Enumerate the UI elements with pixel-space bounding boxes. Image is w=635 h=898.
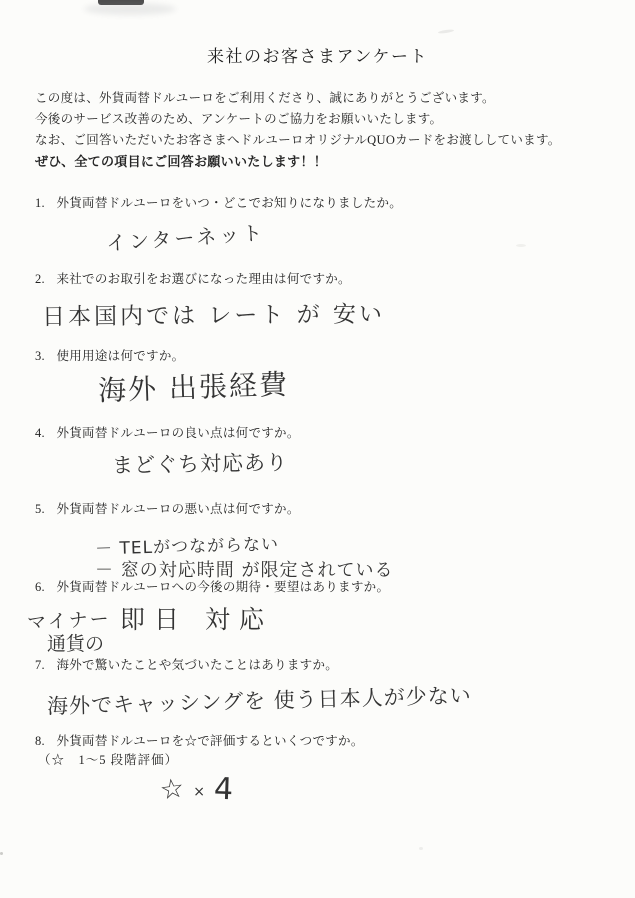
hand-drawn-star-icon: ☆ <box>158 772 186 806</box>
handwritten-answer-6-sameday: 即日 対応 <box>120 600 273 636</box>
question-7-number: 7. <box>35 659 53 672</box>
handwritten-answer-6-currency: 通貨の <box>47 629 104 656</box>
question-5-number: 5. <box>35 503 53 516</box>
question-3-text: 使用用途は何ですか。 <box>56 349 184 363</box>
intro-line-3: なお、ご回答いただいたお客さまへドルユーロオリジナルQUOカードをお渡ししていま… <box>35 134 595 147</box>
handwritten-answer-5-line-1: － TELがつながらない <box>95 530 280 560</box>
question-3-number: 3. <box>35 350 53 363</box>
handwritten-answer-3: 海外 出張経費 <box>97 363 289 410</box>
scanned-survey-page: 来社のお客さまアンケート この度は、外貨両替ドルユーロをご利用くださり、誠にあり… <box>0 0 635 898</box>
question-2-text: 来社でのお取引をお選びになった理由は何ですか。 <box>56 272 350 286</box>
intro-line-1: この度は、外貨両替ドルユーロをご利用くださり、誠にありがとうございます。 <box>35 92 595 105</box>
star-count: 4 <box>213 772 233 808</box>
question-8-note-text: （☆ 1～5 段階評価） <box>38 753 178 767</box>
scan-speck <box>438 29 454 34</box>
question-6: 6. 外貨両替ドルユーロへの今後の期待・要望はありますか。 <box>35 581 615 594</box>
question-6-text: 外貨両替ドルユーロへの今後の期待・要望はありますか。 <box>56 580 389 594</box>
scan-speck <box>516 244 526 247</box>
handwritten-answer-1: インターネット <box>105 216 266 256</box>
question-1: 1. 外貨両替ドルユーロをいつ・どこでお知りになりましたか。 <box>35 197 615 210</box>
handwritten-answer-7: 海外でキャッシングを 使う日本人が少ない <box>47 679 472 720</box>
handwritten-answer-5-line-2: － 窓の対応時間 が限定されている <box>95 556 393 582</box>
handwritten-answer-4: まどぐち対応あり <box>112 446 288 479</box>
question-4: 4. 外貨両替ドルユーロの良い点は何ですか。 <box>35 427 615 440</box>
multiply-sign: × <box>193 784 205 800</box>
question-8-number: 8. <box>35 735 53 748</box>
question-7: 7. 海外で驚いたことや気づいたことはありますか。 <box>35 659 615 672</box>
question-3: 3. 使用用途は何ですか。 <box>35 350 615 363</box>
question-4-number: 4. <box>35 427 53 440</box>
question-4-text: 外貨両替ドルユーロの良い点は何ですか。 <box>56 426 299 440</box>
question-2: 2. 来社でのお取引をお選びになった理由は何ですか。 <box>35 273 615 286</box>
question-5: 5. 外貨両替ドルユーロの悪い点は何ですか。 <box>35 503 615 516</box>
handwritten-answer-8: ☆ × 4 <box>160 772 233 807</box>
question-7-text: 海外で驚いたことや気づいたことはありますか。 <box>56 658 338 672</box>
scan-artifact-smear <box>84 3 176 15</box>
question-8: 8. 外貨両替ドルユーロを☆で評価するといくつですか。 <box>35 735 615 748</box>
scan-speck <box>0 852 3 855</box>
page-title: 来社のお客さまアンケート <box>0 42 635 67</box>
question-5-text: 外貨両替ドルユーロの悪い点は何ですか。 <box>56 502 299 516</box>
question-6-number: 6. <box>35 581 53 594</box>
intro-line-2: 今後のサービス改善のため、アンケートのご協力をお願いいたします。 <box>35 113 595 126</box>
question-1-text: 外貨両替ドルユーロをいつ・どこでお知りになりましたか。 <box>56 196 402 210</box>
question-1-number: 1. <box>35 197 53 210</box>
intro-paragraph: この度は、外貨両替ドルユーロをご利用くださり、誠にありがとうございます。 今後の… <box>35 92 595 176</box>
intro-line-4: ぜひ、全ての項目にご回答お願いいたします！！ <box>35 155 595 168</box>
scan-speck <box>419 847 423 850</box>
handwritten-answer-2: 日本国内では レート が 安い <box>42 296 385 332</box>
question-8-text: 外貨両替ドルユーロを☆で評価するといくつですか。 <box>56 734 363 748</box>
question-2-number: 2. <box>35 273 53 286</box>
question-8-rating-note: （☆ 1～5 段階評価） <box>38 754 618 767</box>
